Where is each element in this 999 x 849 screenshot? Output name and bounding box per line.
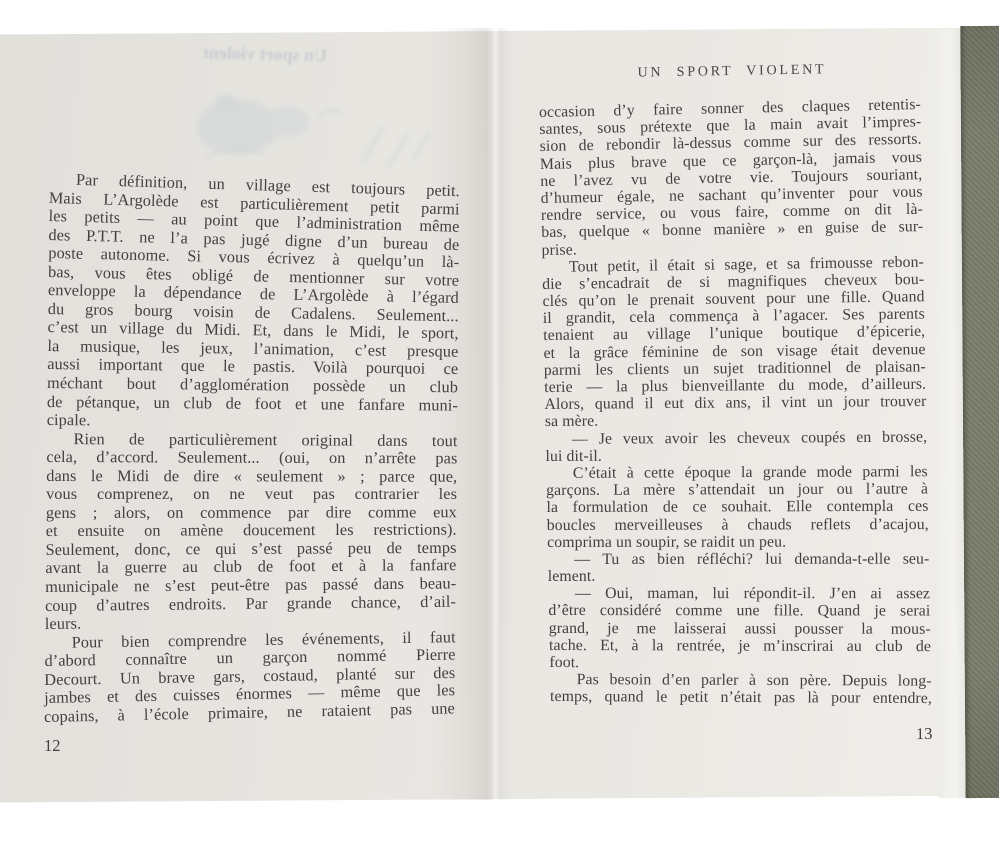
paragraph: — Tu as bien réfléchi? lui demanda-t-ell… <box>541 551 923 585</box>
paragraph: — Oui, maman, lui répondit-il. J’en ai a… <box>541 585 923 671</box>
paragraph: Rien de particulièrement original dans t… <box>47 430 458 634</box>
text-line: Pas besoin d’en parler à son père. Depui… <box>550 671 932 690</box>
text-line: comprima un soupir, se raidit un peu. <box>547 533 929 551</box>
text-line: sa mère. <box>545 411 927 431</box>
text-line: C’était à cette époque la grande mode pa… <box>546 463 928 482</box>
text-line: garçons. La mère s’attendait un jour ou … <box>546 481 928 500</box>
text-line: la formulation de ce souhait. Elle conte… <box>546 498 928 516</box>
book-photo: Un sport violent Par définition, un vill… <box>0 0 999 849</box>
text-line: boucles merveilleuses à chauds reflets d… <box>547 516 929 534</box>
paragraph: Tout petit, il était si sage, et sa frim… <box>541 259 923 431</box>
text-line: tache. Et, à la rentrée, je m’inscrirai … <box>549 637 931 655</box>
page-number-right: 13 <box>916 724 933 744</box>
book-cover-edge <box>960 26 999 798</box>
text-line: temps, quand le petit n’était pas là pou… <box>550 688 932 707</box>
left-page-text: Par définition, un village est toujours … <box>47 170 458 726</box>
text-line: vous comprenez, on ne veut pas contrarie… <box>46 485 457 504</box>
text-line: d’être considéré comme une fille. Quand … <box>548 602 930 620</box>
paragraph: C’était à cette époque la grande mode pa… <box>541 465 923 551</box>
text-line: — Je veux avoir les cheveux coupés en br… <box>545 428 927 448</box>
paragraph: Pour bien comprendre les événements, il … <box>47 634 458 727</box>
text-line: grand, je me laisserai aussi pousser la … <box>549 620 931 638</box>
text-line: lui dit-il. <box>545 446 927 465</box>
right-page-text: occasion d’y faire sonner des claques re… <box>541 104 923 706</box>
paragraph: — Je veux avoir les cheveux coupés en br… <box>541 431 923 465</box>
text-line: lement. <box>548 568 930 585</box>
text-line: — Oui, maman, lui répondit-il. J’en ai a… <box>548 585 930 602</box>
ghost-illustration-showthrough <box>168 82 438 182</box>
text-line: — Tu as bien réfléchi? lui demanda-t-ell… <box>547 551 929 569</box>
paragraph: occasion d’y faire sonner des claques re… <box>541 104 923 259</box>
paragraph: Par définition, un village est toujours … <box>47 170 458 430</box>
text-line: foot. <box>549 654 931 673</box>
paragraph: Pas besoin d’en parler à son père. Depui… <box>541 671 923 705</box>
page-number-left: 12 <box>44 736 61 756</box>
